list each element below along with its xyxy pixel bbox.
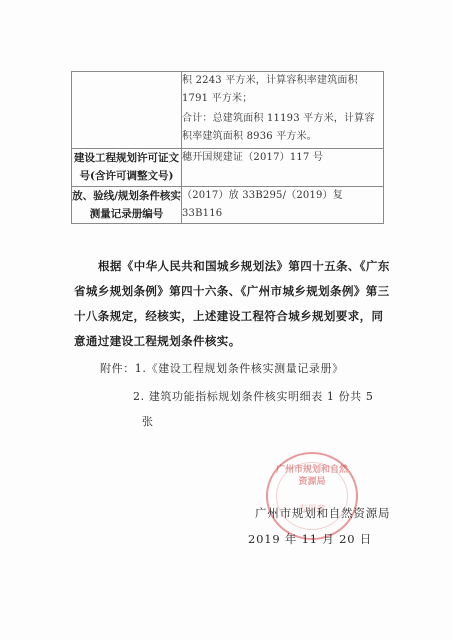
- official-seal: 广州市规划和自然资源局 专用章: [266, 452, 358, 540]
- table-label-cell: [72, 72, 182, 149]
- table-value-cell: 积 2243 平方米，计算容积率建筑面积 1791 平方米； 合计：总建筑面积 …: [182, 72, 384, 149]
- area-detail-text: 积 2243 平方米，计算容积率建筑面积 1791 平方米；: [182, 72, 383, 108]
- info-table: 积 2243 平方米，计算容积率建筑面积 1791 平方米； 合计：总建筑面积 …: [71, 71, 384, 224]
- document-page: 积 2243 平方米，计算容积率建筑面积 1791 平方米； 合计：总建筑面积 …: [0, 0, 453, 640]
- attachment-item-1: 附件：1.《建设工程规划条件核实测量记录册》: [100, 356, 344, 381]
- table-row: 放、验线/规划条件核实测量记录册编号 （2017）放 33B295/（2019）…: [72, 187, 384, 224]
- attachment-item-2-continued: 张: [142, 409, 154, 434]
- table-row: 建设工程规划许可证文号(含许可调整文号) 穗开国规建证（2017）117 号: [72, 149, 384, 187]
- survey-record-value: （2017）放 33B295/（2019）复 33B116: [182, 187, 384, 224]
- area-total-text: 合计：总建筑面积 11193 平方米，计算容积率建筑面积 8936 平方米。: [182, 110, 383, 146]
- seal-text: 广州市规划和自然资源局: [276, 464, 348, 488]
- permit-number-value: 穗开国规建证（2017）117 号: [182, 149, 384, 187]
- approval-paragraph: 根据《中华人民共和国城乡规划法》第四十五条、《广东省城乡规划条例》第四十六条、《…: [74, 254, 390, 354]
- permit-number-label: 建设工程规划许可证文号(含许可调整文号): [72, 149, 182, 187]
- issuing-authority: 广州市规划和自然资源局: [255, 505, 390, 521]
- table-row: 积 2243 平方米，计算容积率建筑面积 1791 平方米； 合计：总建筑面积 …: [72, 72, 384, 149]
- issue-date: 2019 年 11 月 20 日: [248, 531, 372, 547]
- survey-record-label: 放、验线/规划条件核实测量记录册编号: [72, 187, 182, 224]
- attachment-item-2: 2. 建筑功能指标规划条件核实明细表 1 份共 5: [133, 384, 395, 409]
